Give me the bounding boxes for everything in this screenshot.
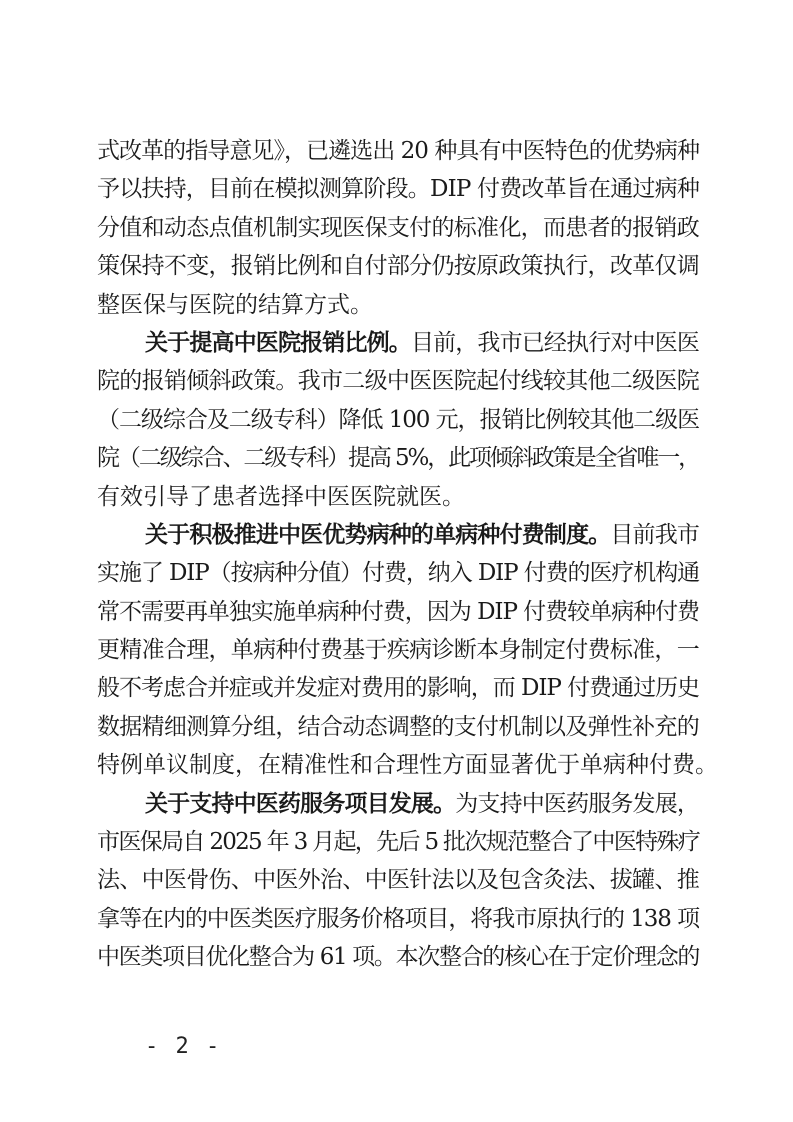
text-line: 分值和动态点值机制实现医保支付的标准化，而患者的报销政 <box>97 209 699 247</box>
text-line: 般不考虑合并症或并发症对费用的影响，而 DIP 付费通过历史 <box>97 669 699 707</box>
text-line: 院的报销倾斜政策。我市二级中医医院起付线较其他二级医院 <box>97 362 699 400</box>
text-line: 有效引导了患者选择中医医院就医。 <box>97 478 699 516</box>
text-line: 实施了 DIP（按病种分值）付费，纳入 DIP 付费的医疗机构通 <box>97 554 699 592</box>
document-body: 式改革的指导意见》，已遴选出 20 种具有中医特色的优势病种 予以扶持，目前在模… <box>97 132 699 977</box>
text-run: 目前，我市已经执行对中医医 <box>411 330 699 356</box>
paragraph-dip-reform: 式改革的指导意见》，已遴选出 20 种具有中医特色的优势病种 予以扶持，目前在模… <box>97 132 699 324</box>
text-run: 为支持中医药服务发展， <box>455 791 699 817</box>
text-line: 常不需要再单独实施单病种付费，因为 DIP 付费较单病种付费 <box>97 593 699 631</box>
text-line: 拿等在内的中医类医疗服务价格项目，将我市原执行的 138 项 <box>97 900 699 938</box>
text-line: 市医保局自 2025 年 3 月起，先后 5 批次规范整合了中医特殊疗 <box>97 823 699 861</box>
text-line: 中医类项目优化整合为 61 项。本次整合的核心在于定价理念的 <box>97 938 699 976</box>
text-line: 特例单议制度，在精准性和合理性方面显著优于单病种付费。 <box>97 746 699 784</box>
text-line: 院（二级综合、二级专科）提高 5%，此项倾斜政策是全省唯一， <box>97 439 699 477</box>
paragraph-tcm-service-items: 关于支持中医药服务项目发展。为支持中医药服务发展， 市医保局自 2025 年 3… <box>97 785 699 977</box>
paragraph-reimbursement-ratio: 关于提高中医院报销比例。目前，我市已经执行对中医医 院的报销倾斜政策。我市二级中… <box>97 324 699 516</box>
section-heading: 关于提高中医院报销比例。 <box>145 329 411 356</box>
text-line: 策保持不变，报销比例和自付部分仍按原政策执行，改革仅调 <box>97 247 699 285</box>
page-number: - 2 - <box>145 1034 221 1059</box>
text-line: 数据精细测算分组，结合动态调整的支付机制以及弹性补充的 <box>97 708 699 746</box>
text-line: （二级综合及二级专科）降低 100 元，报销比例较其他二级医 <box>97 401 699 439</box>
text-line: 法、中医骨伤、中医外治、中医针法以及包含灸法、拔罐、推 <box>97 861 699 899</box>
text-line: 式改革的指导意见》，已遴选出 20 种具有中医特色的优势病种 <box>97 132 699 170</box>
text-line: 关于提高中医院报销比例。目前，我市已经执行对中医医 <box>97 324 699 362</box>
paragraph-single-disease-payment: 关于积极推进中医优势病种的单病种付费制度。目前我市 实施了 DIP（按病种分值）… <box>97 516 699 785</box>
text-line: 予以扶持，目前在模拟测算阶段。DIP 付费改革旨在通过病种 <box>97 170 699 208</box>
section-heading: 关于积极推进中医优势病种的单病种付费制度。 <box>145 521 610 548</box>
text-run: 目前我市 <box>610 522 699 548</box>
text-line: 关于支持中医药服务项目发展。为支持中医药服务发展， <box>97 785 699 823</box>
text-line: 整医保与医院的结算方式。 <box>97 286 699 324</box>
section-heading: 关于支持中医药服务项目发展。 <box>145 790 455 817</box>
text-line: 关于积极推进中医优势病种的单病种付费制度。目前我市 <box>97 516 699 554</box>
text-line: 更精准合理，单病种付费基于疾病诊断本身制定付费标准，一 <box>97 631 699 669</box>
